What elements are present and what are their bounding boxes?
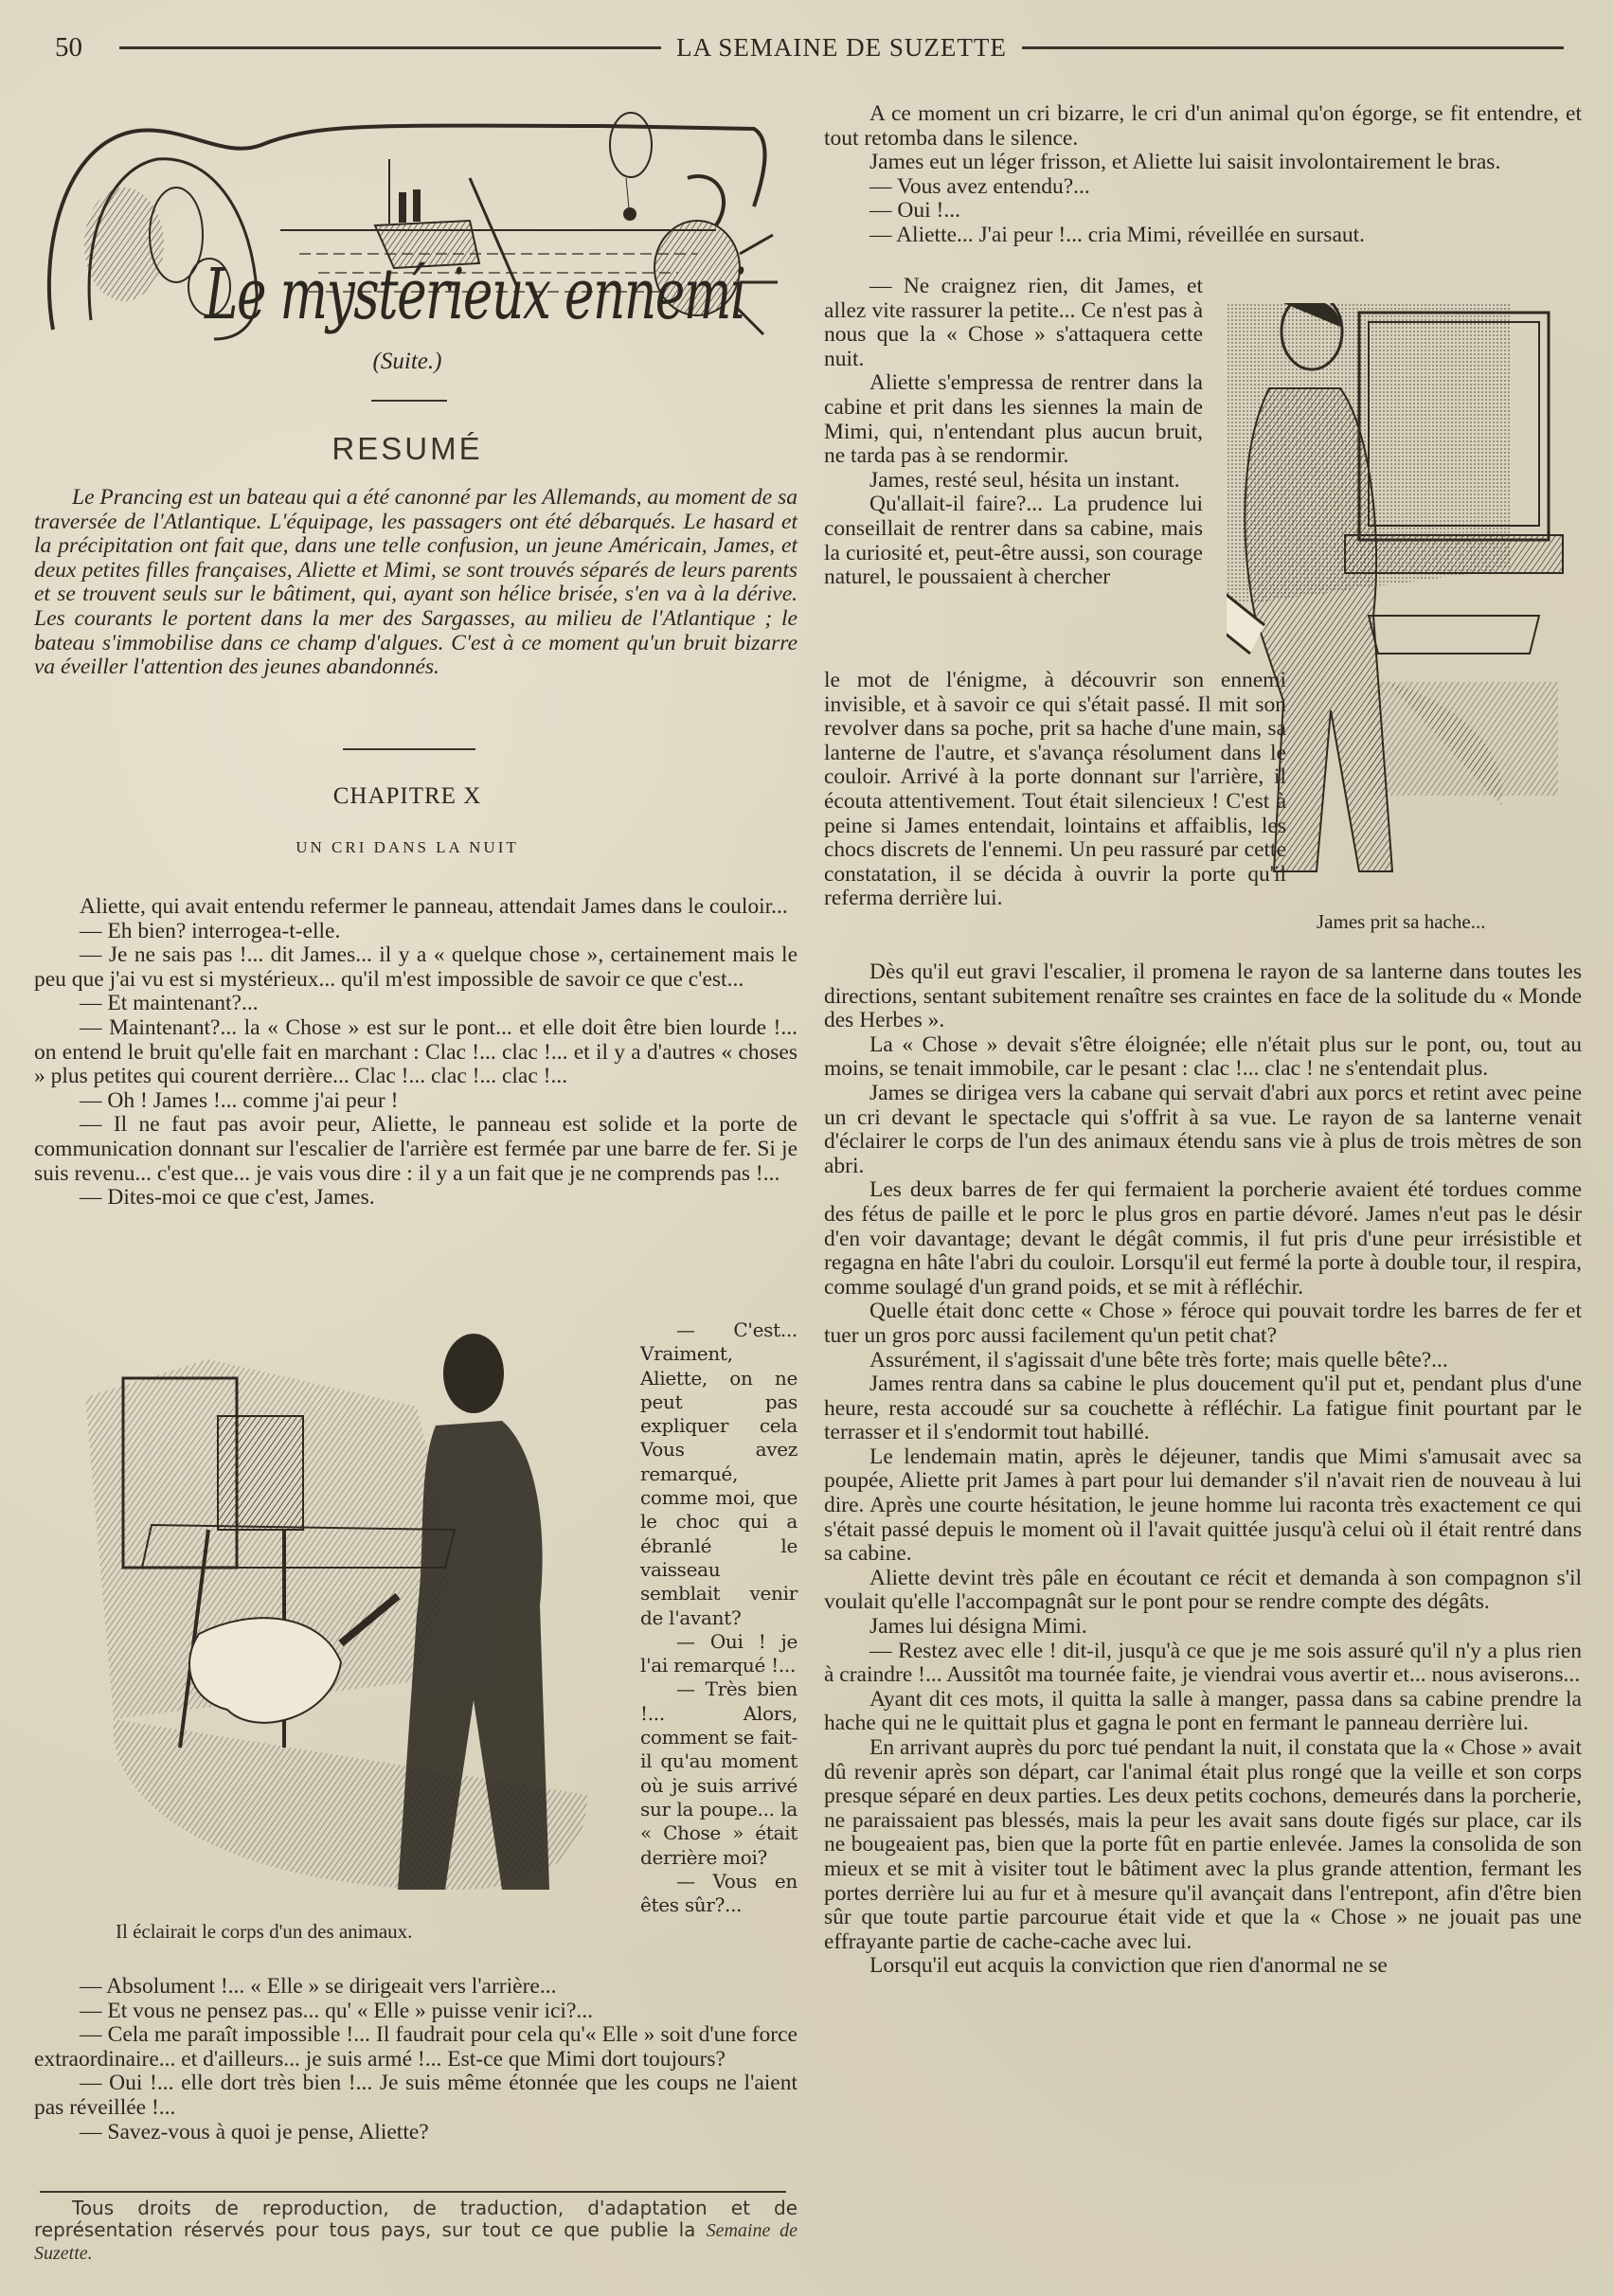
paragraph: Assurément, il s'agissait d'une bête trè… xyxy=(824,1349,1582,1373)
resume-text: Le Prancing est un bateau qui a été cano… xyxy=(34,486,798,680)
paragraph: James eut un léger frisson, et Aliette l… xyxy=(824,151,1582,175)
title-banner-illustration: Le mystérieux ennemi xyxy=(34,102,780,350)
divider xyxy=(371,400,447,402)
page-number: 50 xyxy=(55,32,104,63)
paragraph: A ce moment un cri bizarre, le cri d'un … xyxy=(824,102,1582,151)
paragraph: Aliette devint très pâle en écoutant ce … xyxy=(824,1567,1582,1615)
paragraph: Aliette s'empressa de rentrer dans la ca… xyxy=(824,371,1203,468)
copyright-body: Tous droits de reproduction, de traducti… xyxy=(34,2197,798,2241)
footer-rule xyxy=(40,2191,786,2193)
paragraph: — Absolument !... « Elle » se dirigeait … xyxy=(34,1975,798,2000)
side-column-text: — C'est... Vraiment, Aliette, on ne peut… xyxy=(640,1318,798,1917)
paragraph: — Maintenant?... la « Chose » est sur le… xyxy=(34,1016,798,1089)
copyright-text: Tous droits de reproduction, de traducti… xyxy=(34,2197,798,2265)
copyright-notice: Tous droits de reproduction, de traducti… xyxy=(34,2197,798,2265)
paragraph: — Cela me paraît impossible !... Il faud… xyxy=(34,2023,798,2072)
header-rule-left xyxy=(119,46,661,49)
engraving-icon xyxy=(1227,303,1596,900)
right-column-medium: le mot de l'énigme, à découvrir son enne… xyxy=(824,669,1286,911)
illustration-james-axe xyxy=(1227,303,1596,900)
paragraph: En arrivant auprès du porc tué pendant l… xyxy=(824,1736,1582,1954)
paragraph: Ayant dit ces mots, il quitta la salle à… xyxy=(824,1688,1582,1736)
story-title: Le mystérieux ennemi xyxy=(205,254,745,335)
paragraph: — Oui !... elle dort très bien !... Je s… xyxy=(34,2072,798,2120)
paragraph: — Il ne faut pas avoir peur, Aliette, le… xyxy=(34,1113,798,1186)
resume-heading: RESUMÉ xyxy=(34,431,780,467)
paragraph: — Vous en êtes sûr?... xyxy=(640,1870,798,1918)
right-column-text: Dès qu'il eut gravi l'escalier, il prome… xyxy=(824,960,1582,1979)
illustration-james-lantern xyxy=(57,1321,625,1913)
paragraph: — Oui !... xyxy=(824,199,1582,224)
paragraph: James se dirigea vers la cabane qui serv… xyxy=(824,1082,1582,1178)
header-rule-right xyxy=(1022,46,1564,49)
paragraph: Aliette, qui avait entendu refermer le p… xyxy=(34,895,798,920)
paragraph: Quelle était donc cette « Chose » féroce… xyxy=(824,1300,1582,1348)
divider xyxy=(343,748,475,750)
paragraph: — Eh bien? interrogea-t-elle. xyxy=(34,920,798,944)
story-subtitle: (Suite.) xyxy=(34,349,780,375)
paragraph: — C'est... Vraiment, Aliette, on ne peut… xyxy=(640,1318,798,1630)
paragraph: La « Chose » devait s'être éloignée; ell… xyxy=(824,1033,1582,1082)
right-column-narrow: — Ne craignez rien, dit James, et allez … xyxy=(824,275,1203,590)
newspaper-page: 50 LA SEMAINE DE SUZETTE xyxy=(0,0,1613,2296)
page-header: 50 LA SEMAINE DE SUZETTE xyxy=(55,28,1579,66)
paragraph: James lui désigna Mimi. xyxy=(824,1615,1582,1640)
paragraph: — Et maintenant?... xyxy=(34,992,798,1016)
paragraph: — Vous avez entendu?... xyxy=(824,175,1582,200)
paragraph: — Restez avec elle ! dit-il, jusqu'à ce … xyxy=(824,1640,1582,1688)
paragraph: — Et vous ne pensez pas... qu' « Elle » … xyxy=(34,2000,798,2024)
paragraph: — Oui ! je l'ai remarqué !... xyxy=(640,1630,798,1678)
resume-paragraph: Le Prancing est un bateau qui a été cano… xyxy=(34,486,798,680)
paragraph: — Ne craignez rien, dit James, et allez … xyxy=(824,275,1203,371)
paragraph: — Dites-moi ce que c'est, James. xyxy=(34,1186,798,1211)
paragraph: James, resté seul, hésita un instant. xyxy=(824,469,1203,493)
paragraph: — Aliette... J'ai peur !... cria Mimi, r… xyxy=(824,224,1582,248)
chapter-number: CHAPITRE X xyxy=(34,783,780,810)
illustration-caption: Il éclairait le corps d'un des animaux. xyxy=(116,1920,412,1944)
paragraph: — Oh ! James !... comme j'ai peur ! xyxy=(34,1089,798,1114)
paragraph: le mot de l'énigme, à découvrir son enne… xyxy=(824,669,1286,911)
chapter-title: UN CRI DANS LA NUIT xyxy=(34,838,780,857)
left-column-continuation: — Absolument !... « Elle » se dirigeait … xyxy=(34,1975,798,2144)
paragraph: James rentra dans sa cabine le plus douc… xyxy=(824,1372,1582,1445)
right-column-top: A ce moment un cri bizarre, le cri d'un … xyxy=(824,102,1582,248)
engraving-icon xyxy=(57,1321,625,1913)
left-column-text: Aliette, qui avait entendu refermer le p… xyxy=(34,895,798,1211)
illustration-caption: James prit sa hache... xyxy=(1317,910,1485,934)
journal-title: LA SEMAINE DE SUZETTE xyxy=(676,33,1007,63)
paragraph: — Savez-vous à quoi je pense, Aliette? xyxy=(34,2121,798,2145)
paragraph: Lorsqu'il eut acquis la conviction que r… xyxy=(824,1954,1582,1979)
paragraph: Le lendemain matin, après le déjeuner, t… xyxy=(824,1445,1582,1567)
paragraph: Qu'allait-il faire?... La prudence lui c… xyxy=(824,493,1203,589)
paragraph: Dès qu'il eut gravi l'escalier, il prome… xyxy=(824,960,1582,1033)
paragraph: — Très bien !... Alors, comment se fait-… xyxy=(640,1677,798,1869)
paragraph: Les deux barres de fer qui fermaient la … xyxy=(824,1178,1582,1300)
paragraph: — Je ne sais pas !... dit James... il y … xyxy=(34,943,798,992)
